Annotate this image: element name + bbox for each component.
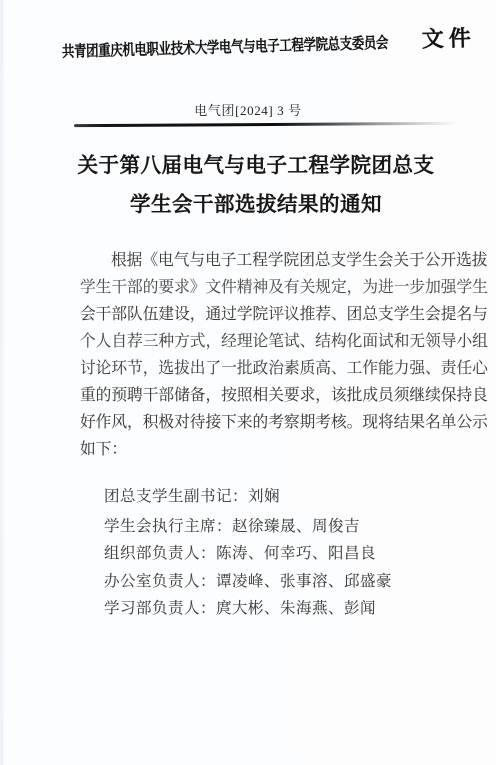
body-line: 好作风，积极对待接下来的考察期考核。现将结果名单公示	[80, 409, 462, 436]
notice-title: 关于第八届电气与电子工程学院团总支 学生会干部选拔结果的通知	[8, 147, 496, 225]
body-line: 会干部队伍建设，通过学院评议推荐、团总支学生会提名与	[80, 301, 462, 328]
issuing-org-header: 共青团重庆机电职业技术大学电气与电子工程学院总支委员会 文件	[62, 28, 483, 70]
body-line: 个人自荐三种方式，经理论笔试、结构化面试和无领导小组	[80, 328, 462, 355]
appointment-names: 陈涛、何幸巧、阳昌良	[216, 545, 376, 562]
appointment-role: 学习部负责人：	[104, 600, 216, 617]
notice-title-line2: 学生会干部选拔结果的通知	[8, 186, 496, 225]
notice-body: 根据《电气与电子工程学院团总支学生会关于公开选拔 学生干部的要求》文件精神及有关…	[80, 247, 462, 463]
appointment-row: 团总支学生副书记：刘娴	[104, 483, 392, 510]
notice-title-line1: 关于第八届电气与电子工程学院团总支	[8, 147, 496, 186]
document-number: 电气团[2024] 3 号	[0, 100, 496, 119]
appointment-list: 团总支学生副书记：刘娴 学生会执行主席：赵徐臻晟、周俊吉 组织部负责人：陈涛、何…	[104, 483, 392, 622]
body-line: 根据《电气与电子工程学院团总支学生会关于公开选拔	[80, 247, 462, 274]
appointment-role: 学生会执行主席：	[104, 518, 232, 535]
appointment-row: 办公室负责人：谭凌峰、张事溶、邱盛豪	[104, 568, 392, 595]
header-divider-line	[74, 122, 462, 127]
appointment-row: 学习部负责人：庹大彬、朱海燕、彭闻	[104, 595, 392, 622]
document-type-label: 文件	[421, 21, 476, 53]
appointment-row: 组织部负责人：陈涛、何幸巧、阳昌良	[104, 540, 392, 567]
scanned-notice-page: 共青团重庆机电职业技术大学电气与电子工程学院总支委员会 文件 电气团[2024]…	[0, 0, 496, 765]
body-line: 学生干部的要求》文件精神及有关规定，为进一步加强学生	[80, 274, 462, 301]
appointment-names: 刘娴	[248, 488, 280, 505]
appointment-names: 庹大彬、朱海燕、彭闻	[216, 600, 376, 617]
body-line: 如下：	[80, 436, 462, 463]
appointment-role: 组织部负责人：	[104, 545, 216, 562]
appointment-row: 学生会执行主席：赵徐臻晟、周俊吉	[104, 513, 392, 540]
appointment-role: 办公室负责人：	[104, 573, 216, 590]
appointment-names: 赵徐臻晟、周俊吉	[232, 518, 360, 535]
body-line: 重的预聘干部储备，按照相关要求，该批成员须继续保持良	[80, 382, 462, 409]
issuing-org-name: 共青团重庆机电职业技术大学电气与电子工程学院总支委员会	[62, 31, 389, 62]
appointment-role: 团总支学生副书记：	[104, 488, 248, 505]
body-line: 讨论环节，选拔出了一批政治素质高、工作能力强、责任心	[80, 355, 462, 382]
appointment-names: 谭凌峰、张事溶、邱盛豪	[216, 573, 392, 590]
